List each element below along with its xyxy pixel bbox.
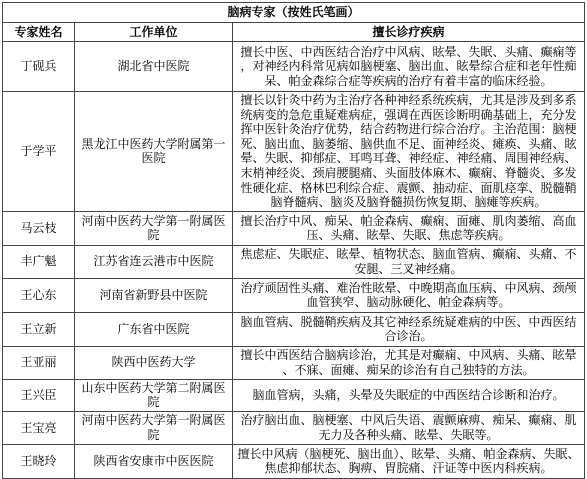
- specialty: 脑血管病、脱髓鞘疾病及其它神经系统疑难病的中医、中西医结合诊治。: [233, 312, 585, 346]
- work-unit: 江苏省连云港市中医院: [75, 245, 233, 278]
- expert-name: 于学平: [3, 92, 75, 212]
- table-row: 王宝亮 河南中医药大学第一附属医院 治疗脑出血、脑梗塞、中风后失语、震颤麻痹、痴…: [3, 411, 585, 444]
- specialty: 擅长以针灸中药为主治疗各种神经系统疾病，尤其是涉及到多系统病变的急危重疑难病症，…: [233, 92, 585, 212]
- specialty: 擅长中西医结合脑病诊治，尤其是对癫痫、中风病、头痛、眩晕、不寐、面瘫、痴呆的诊治…: [233, 346, 585, 379]
- table-row: 王心东 河南省新野县中医院 治疗顽固性头痛、难治性眩晕、中晚期高血压病、中风病、…: [3, 278, 585, 312]
- expert-name: 王立新: [3, 312, 75, 346]
- work-unit: 湖北省中医院: [75, 42, 233, 92]
- table-title-row: 脑病专家（按姓氏笔画）: [3, 3, 585, 23]
- specialty: 治疗脑出血、脑梗塞、中风后失语、震颤麻痹、痴呆、癫痫、肌无力及各种头痛、眩晕、失…: [233, 411, 585, 444]
- work-unit: 广东省中医院: [75, 312, 233, 346]
- table-row: 马云枝 河南中医药大学第一附属医院 擅长治疗中风、痴呆、帕金森病、癫痫、面瘫、肌…: [3, 211, 585, 245]
- table-row: 丁砚兵 湖北省中医院 擅长中医、中西医结合治疗中风病、眩晕、失眠、头痛、癫痫等，…: [3, 42, 585, 92]
- table-title: 脑病专家（按姓氏笔画）: [3, 3, 585, 23]
- expert-name: 丰广魁: [3, 245, 75, 278]
- expert-name: 丁砚兵: [3, 42, 75, 92]
- specialty: 脑血管病，头痛，头晕及失眠症的中西医结合诊断和治疗。: [233, 379, 585, 411]
- work-unit: 河南中医药大学第一附属医院: [75, 411, 233, 444]
- table-row: 王立新 广东省中医院 脑血管病、脱髓鞘疾病及其它神经系统疑难病的中医、中西医结合…: [3, 312, 585, 346]
- expert-name: 王心东: [3, 278, 75, 312]
- specialty: 擅长治疗中风、痴呆、帕金森病、癫痫、面瘫、肌肉萎缩、高血压、头痛、眩晕、失眠、焦…: [233, 211, 585, 245]
- table-row: 王亚丽 陕西中医药大学 擅长中西医结合脑病诊治，尤其是对癫痫、中风病、头痛、眩晕…: [3, 346, 585, 379]
- work-unit: 黑龙江中医药大学附属第一医院: [75, 92, 233, 212]
- table-row: 王晓玲 陕西省安康市中医医院 擅长中风病（脑梗死、脑出血）、眩晕、头痛、帕金森病…: [3, 444, 585, 478]
- specialty: 焦虑症、失眠症、眩晕、植物状态、脑血管病、癫痫、头痛、不安腿、三叉神经痛。: [233, 245, 585, 278]
- expert-name: 王亚丽: [3, 346, 75, 379]
- table-row: 于学平 黑龙江中医药大学附属第一医院 擅长以针灸中药为主治疗各种神经系统疾病，尤…: [3, 92, 585, 212]
- specialty: 擅长中风病（脑梗死、脑出血）、眩晕、头痛、帕金森病、失眠、焦虑抑郁状态、胸痹、胃…: [233, 444, 585, 478]
- work-unit: 山东中医药大学第二附属医院: [75, 379, 233, 411]
- specialty: 擅长中医、中西医结合治疗中风病、眩晕、失眠、头痛、癫痫等，对神经内科常见病如脑梗…: [233, 42, 585, 92]
- work-unit: 陕西省安康市中医医院: [75, 444, 233, 478]
- column-header-work-unit: 工作单位: [75, 23, 233, 42]
- specialty: 治疗顽固性头痛、难治性眩晕、中晚期高血压病、中风病、颈颅血管狭窄、脑动脉硬化、帕…: [233, 278, 585, 312]
- expert-name: 王宝亮: [3, 411, 75, 444]
- table-row: 王兴臣 山东中医药大学第二附属医院 脑血管病，头痛，头晕及失眠症的中西医结合诊断…: [3, 379, 585, 411]
- work-unit: 陕西中医药大学: [75, 346, 233, 379]
- column-header-specialty: 擅长诊疗疾病: [233, 23, 585, 42]
- expert-name: 王晓玲: [3, 444, 75, 478]
- expert-name: 王兴臣: [3, 379, 75, 411]
- expert-name: 马云枝: [3, 211, 75, 245]
- work-unit: 河南中医药大学第一附属医院: [75, 211, 233, 245]
- work-unit: 河南省新野县中医院: [75, 278, 233, 312]
- table-row: 丰广魁 江苏省连云港市中医院 焦虑症、失眠症、眩晕、植物状态、脑血管病、癫痫、头…: [3, 245, 585, 278]
- column-header-expert-name: 专家姓名: [3, 23, 75, 42]
- table-header-row: 专家姓名 工作单位 擅长诊疗疾病: [3, 23, 585, 42]
- brain-disease-experts-table: 脑病专家（按姓氏笔画） 专家姓名 工作单位 擅长诊疗疾病 丁砚兵 湖北省中医院 …: [2, 2, 585, 479]
